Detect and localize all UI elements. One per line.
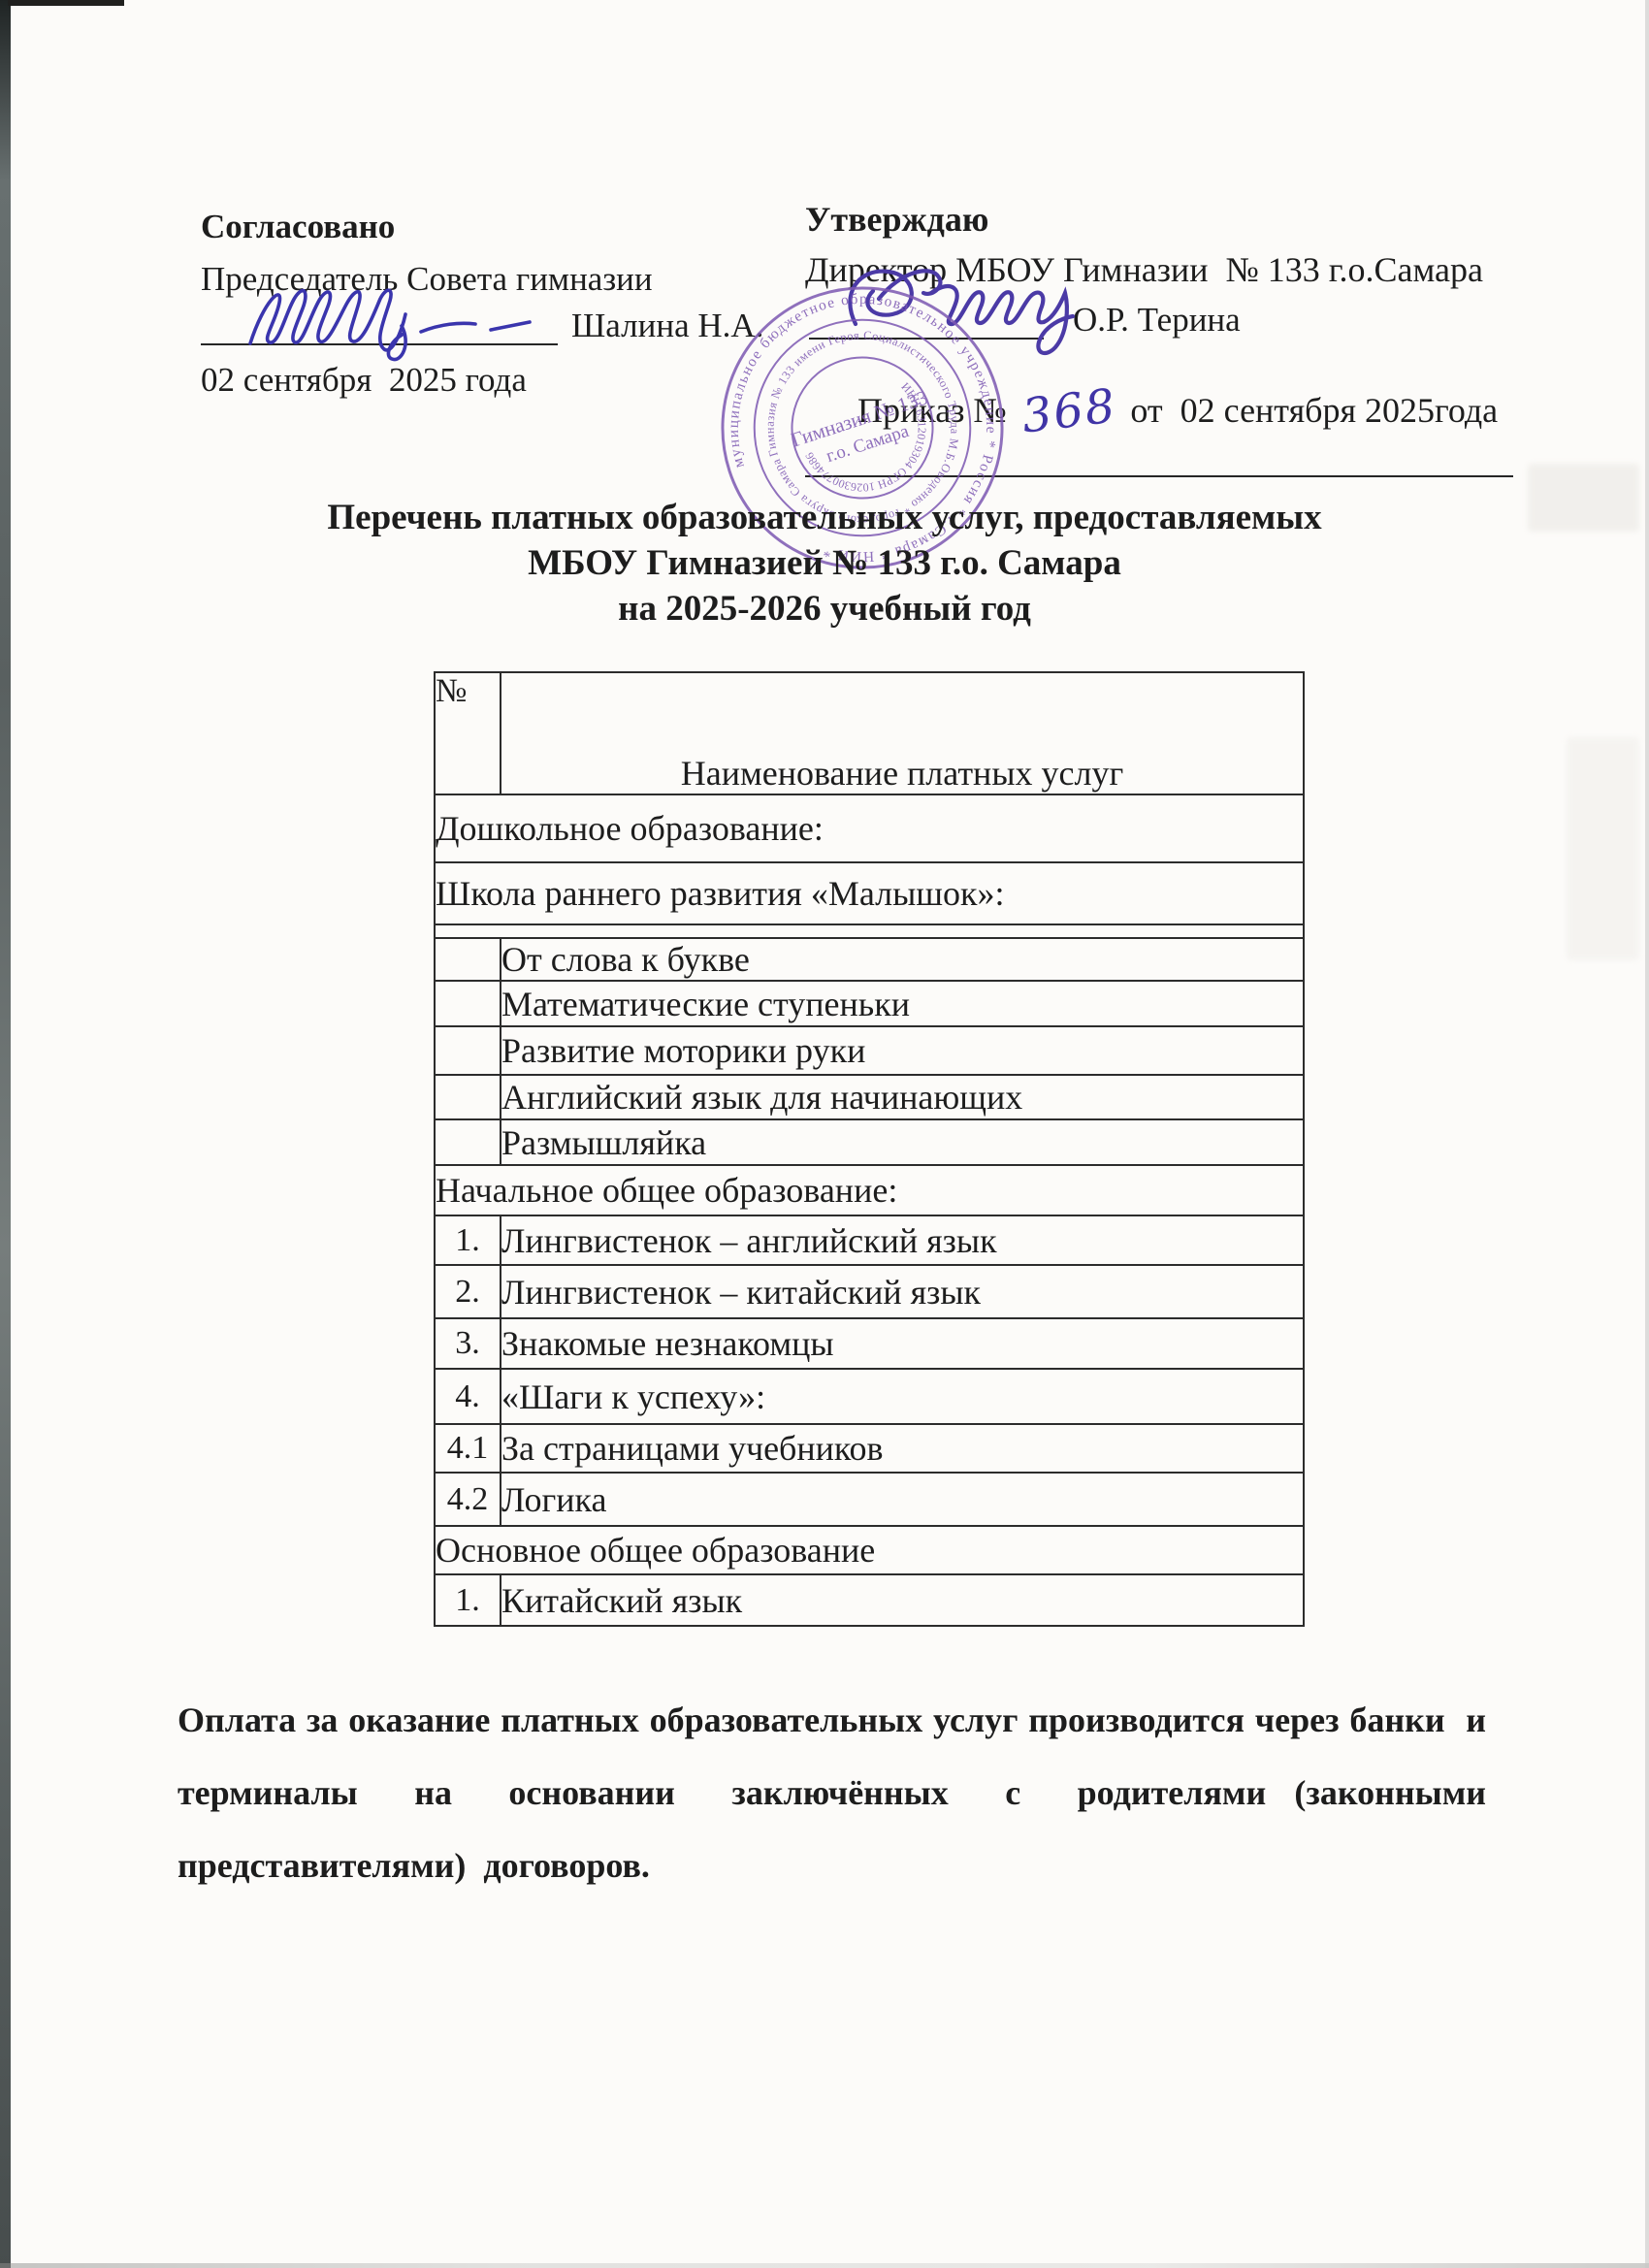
- table-row: 4.2Логика: [435, 1473, 1304, 1526]
- service-name-cell: Логика: [501, 1473, 1304, 1526]
- table-row: Размышляйка: [435, 1119, 1304, 1165]
- row-number-cell: 4.1: [435, 1424, 501, 1473]
- table-section-row: Основное общее образование: [435, 1526, 1304, 1574]
- spacer-cell: [435, 924, 1304, 938]
- service-name-cell: Развитие моторики руки: [501, 1026, 1304, 1075]
- table-row: От слова к букве: [435, 938, 1304, 981]
- service-name-cell: От слова к букве: [501, 938, 1304, 981]
- row-number-cell: 4.: [435, 1369, 501, 1424]
- scanned-document-page: Согласовано Председатель Совета гимназии…: [0, 0, 1649, 2268]
- signature-shalina: [231, 275, 551, 365]
- title-line3: на 2025-2026 учебный год: [179, 586, 1470, 632]
- section-title-cell: Основное общее образование: [435, 1526, 1304, 1574]
- table-row: Математические ступеньки: [435, 981, 1304, 1026]
- title-line2: МБОУ Гимназией № 133 г.о. Самара: [179, 540, 1470, 586]
- section-title-cell: Дошкольное образование:: [435, 794, 1304, 862]
- table-spacer-row: [435, 924, 1304, 938]
- service-name-cell: Знакомые незнакомцы: [501, 1318, 1304, 1369]
- approval-left-date: 02 сентября 2025 года: [201, 359, 527, 402]
- row-number-cell: [435, 981, 501, 1026]
- table-row: Развитие моторики руки: [435, 1026, 1304, 1075]
- table-row: 1.Китайский язык: [435, 1574, 1304, 1626]
- table-row: 3.Знакомые незнакомцы: [435, 1318, 1304, 1369]
- approval-right-heading: Утверждаю: [805, 198, 988, 241]
- service-name-cell: «Шаги к успеху»:: [501, 1369, 1304, 1424]
- header-cell-number: №: [435, 672, 501, 794]
- table-section-row: Начальное общее образование:: [435, 1165, 1304, 1215]
- table-row: Английский язык для начинающих: [435, 1075, 1304, 1119]
- row-number-cell: [435, 1026, 501, 1075]
- section-title-cell: Начальное общее образование:: [435, 1165, 1304, 1215]
- scan-bleedthrough-smudge: [1567, 737, 1639, 960]
- table-section-row: Школа раннего развития «Малышок»:: [435, 862, 1304, 924]
- payment-note-paragraph: Оплата за оказание платных образовательн…: [178, 1684, 1486, 1902]
- table-section-row: Дошкольное образование:: [435, 794, 1304, 862]
- service-name-cell: Лингвистенок – китайский язык: [501, 1265, 1304, 1318]
- document-title: Перечень платных образовательных услуг, …: [179, 495, 1470, 632]
- row-number-cell: 2.: [435, 1265, 501, 1318]
- services-table: № Наименование платных услуг Дошкольное …: [434, 671, 1305, 1627]
- scan-edge-left: [0, 0, 11, 2268]
- scan-edge-bottom: [0, 2263, 1649, 2268]
- row-number-cell: 1.: [435, 1574, 501, 1626]
- table-row: 2.Лингвистенок – китайский язык: [435, 1265, 1304, 1318]
- service-name-cell: Английский язык для начинающих: [501, 1075, 1304, 1119]
- table-row: 4.«Шаги к успеху»:: [435, 1369, 1304, 1424]
- service-name-cell: За страницами учебников: [501, 1424, 1304, 1473]
- section-title-cell: Школа раннего развития «Малышок»:: [435, 862, 1304, 924]
- service-name-cell: Размышляйка: [501, 1119, 1304, 1165]
- row-number-cell: [435, 1075, 501, 1119]
- table-header-row: № Наименование платных услуг: [435, 672, 1304, 794]
- row-number-cell: [435, 938, 501, 981]
- table-row: 4.1За страницами учебников: [435, 1424, 1304, 1473]
- order-number-handwritten: 368: [1015, 390, 1123, 432]
- services-table-body: Дошкольное образование:Школа раннего раз…: [435, 794, 1304, 1626]
- row-number-cell: [435, 1119, 501, 1165]
- scan-edge-right: [1645, 0, 1649, 2268]
- row-number-cell: 4.2: [435, 1473, 501, 1526]
- service-name-cell: Лингвистенок – английский язык: [501, 1215, 1304, 1265]
- table-row: 1.Лингвистенок – английский язык: [435, 1215, 1304, 1265]
- order-suffix: от 02 сентября 2025года: [1121, 391, 1498, 430]
- scan-bleedthrough-smudge: [1528, 464, 1639, 532]
- approval-left-heading: Согласовано: [201, 206, 395, 248]
- header-cell-name: Наименование платных услуг: [501, 672, 1304, 794]
- service-name-cell: Китайский язык: [501, 1574, 1304, 1626]
- service-name-cell: Математические ступеньки: [501, 981, 1304, 1026]
- row-number-cell: 1.: [435, 1215, 501, 1265]
- title-line1: Перечень платных образовательных услуг, …: [179, 495, 1470, 540]
- row-number-cell: 3.: [435, 1318, 501, 1369]
- scan-edge-top-mark: [8, 0, 124, 6]
